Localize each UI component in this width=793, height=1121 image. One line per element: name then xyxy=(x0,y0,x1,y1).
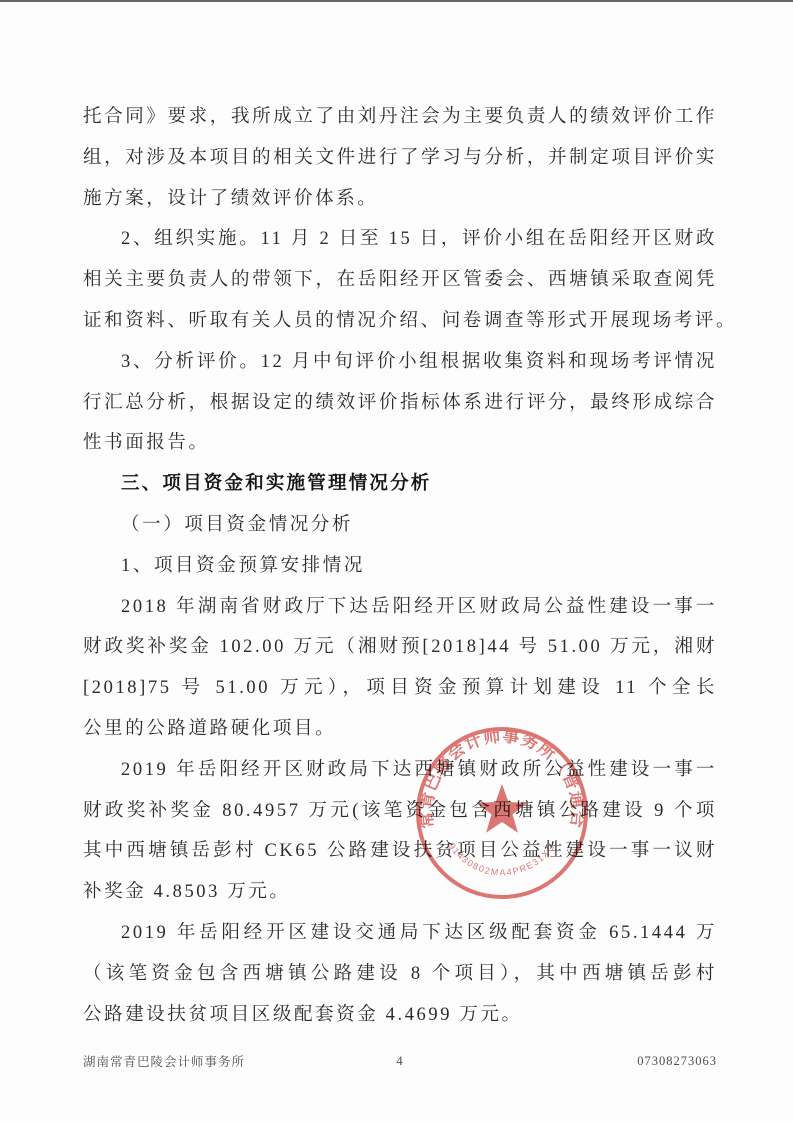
text-line: 公路建设扶贫项目区级配套资金 4.4699 万元。 xyxy=(83,995,717,1036)
text-line: 行汇总分析，根据设定的绩效评价指标体系进行评分，最终形成综合 xyxy=(83,383,717,424)
company-seal: 湖南常青巴陵会计师事务所（普通合伙） 91430802MA4PRE31XG xyxy=(410,716,594,916)
text-line: 三、项目资金和实施管理情况分析 xyxy=(83,464,717,505)
scanned-report-page: { "document": { "lines": [ {"text": "托合同… xyxy=(0,0,793,1121)
text-line: 3、分析评价。12 月中旬评价小组根据收集资料和现场考评情况进 xyxy=(83,342,717,383)
text-line: 公里的公路道路硬化项目。 xyxy=(83,709,717,750)
text-line: 2019 年岳阳经开区建设交通局下达区级配套资金 65.1444 万元， xyxy=(83,913,717,954)
text-line: （该笔资金包含西塘镇公路建设 8 个项目），其中西塘镇岳彭村 CK65 xyxy=(83,954,717,995)
text-line: 其中西塘镇岳彭村 CK65 公路建设扶贫项目公益性建设一事一议财政奖 xyxy=(83,831,717,872)
document-body: 托合同》要求，我所成立了由刘丹注会为主要负责人的绩效评价工作组，对涉及本项目的相… xyxy=(83,97,717,1035)
text-line: 2、组织实施。11 月 2 日至 15 日，评价小组在岳阳经开区财政局 xyxy=(83,219,717,260)
page-footer: 湖南常青巴陵会计师事务所 4 07308273063 xyxy=(83,1048,717,1074)
footer-firm-name: 湖南常青巴陵会计师事务所 xyxy=(83,1052,396,1070)
text-line: 2018 年湖南省财政厅下达岳阳经开区财政局公益性建设一事一议 xyxy=(83,587,717,628)
text-line: 财政奖补奖金 80.4957 万元(该笔资金包含西塘镇公路建设 9 个项目)， xyxy=(83,791,717,832)
text-line: 性书面报告。 xyxy=(83,423,717,464)
footer-page-number: 4 xyxy=(396,1054,403,1069)
text-line: 2019 年岳阳经开区财政局下达西塘镇财政所公益性建设一事一议 xyxy=(83,750,717,791)
footer-phone-number: 07308273063 xyxy=(404,1054,717,1069)
text-line: （一）项目资金情况分析 xyxy=(83,505,717,546)
text-line: 1、项目资金预算安排情况 xyxy=(83,546,717,587)
text-line: 证和资料、听取有关人员的情况介绍、问卷调查等形式开展现场考评。 xyxy=(83,301,717,342)
text-line: 托合同》要求，我所成立了由刘丹注会为主要负责人的绩效评价工作 xyxy=(83,97,717,138)
scan-edge-top xyxy=(0,0,793,2)
seal-star-icon xyxy=(476,784,527,833)
text-line: 财政奖补奖金 102.00 万元（湘财预[2018]44 号 51.00 万元，… xyxy=(83,627,717,668)
text-line: [2018]75 号 51.00 万元），项目资金预算计划建设 11 个全长 8… xyxy=(83,668,717,709)
text-line: 组，对涉及本项目的相关文件进行了学习与分析，并制定项目评价实 xyxy=(83,138,717,179)
svg-text:91430802MA4PRE31XG: 91430802MA4PRE31XG xyxy=(447,841,557,877)
text-line: 相关主要负责人的带领下，在岳阳经开区管委会、西塘镇采取查阅凭 xyxy=(83,260,717,301)
text-line: 施方案，设计了绩效评价体系。 xyxy=(83,179,717,220)
seal-credit-code: 91430802MA4PRE31XG xyxy=(447,841,557,877)
text-line: 补奖金 4.8503 万元。 xyxy=(83,872,717,913)
